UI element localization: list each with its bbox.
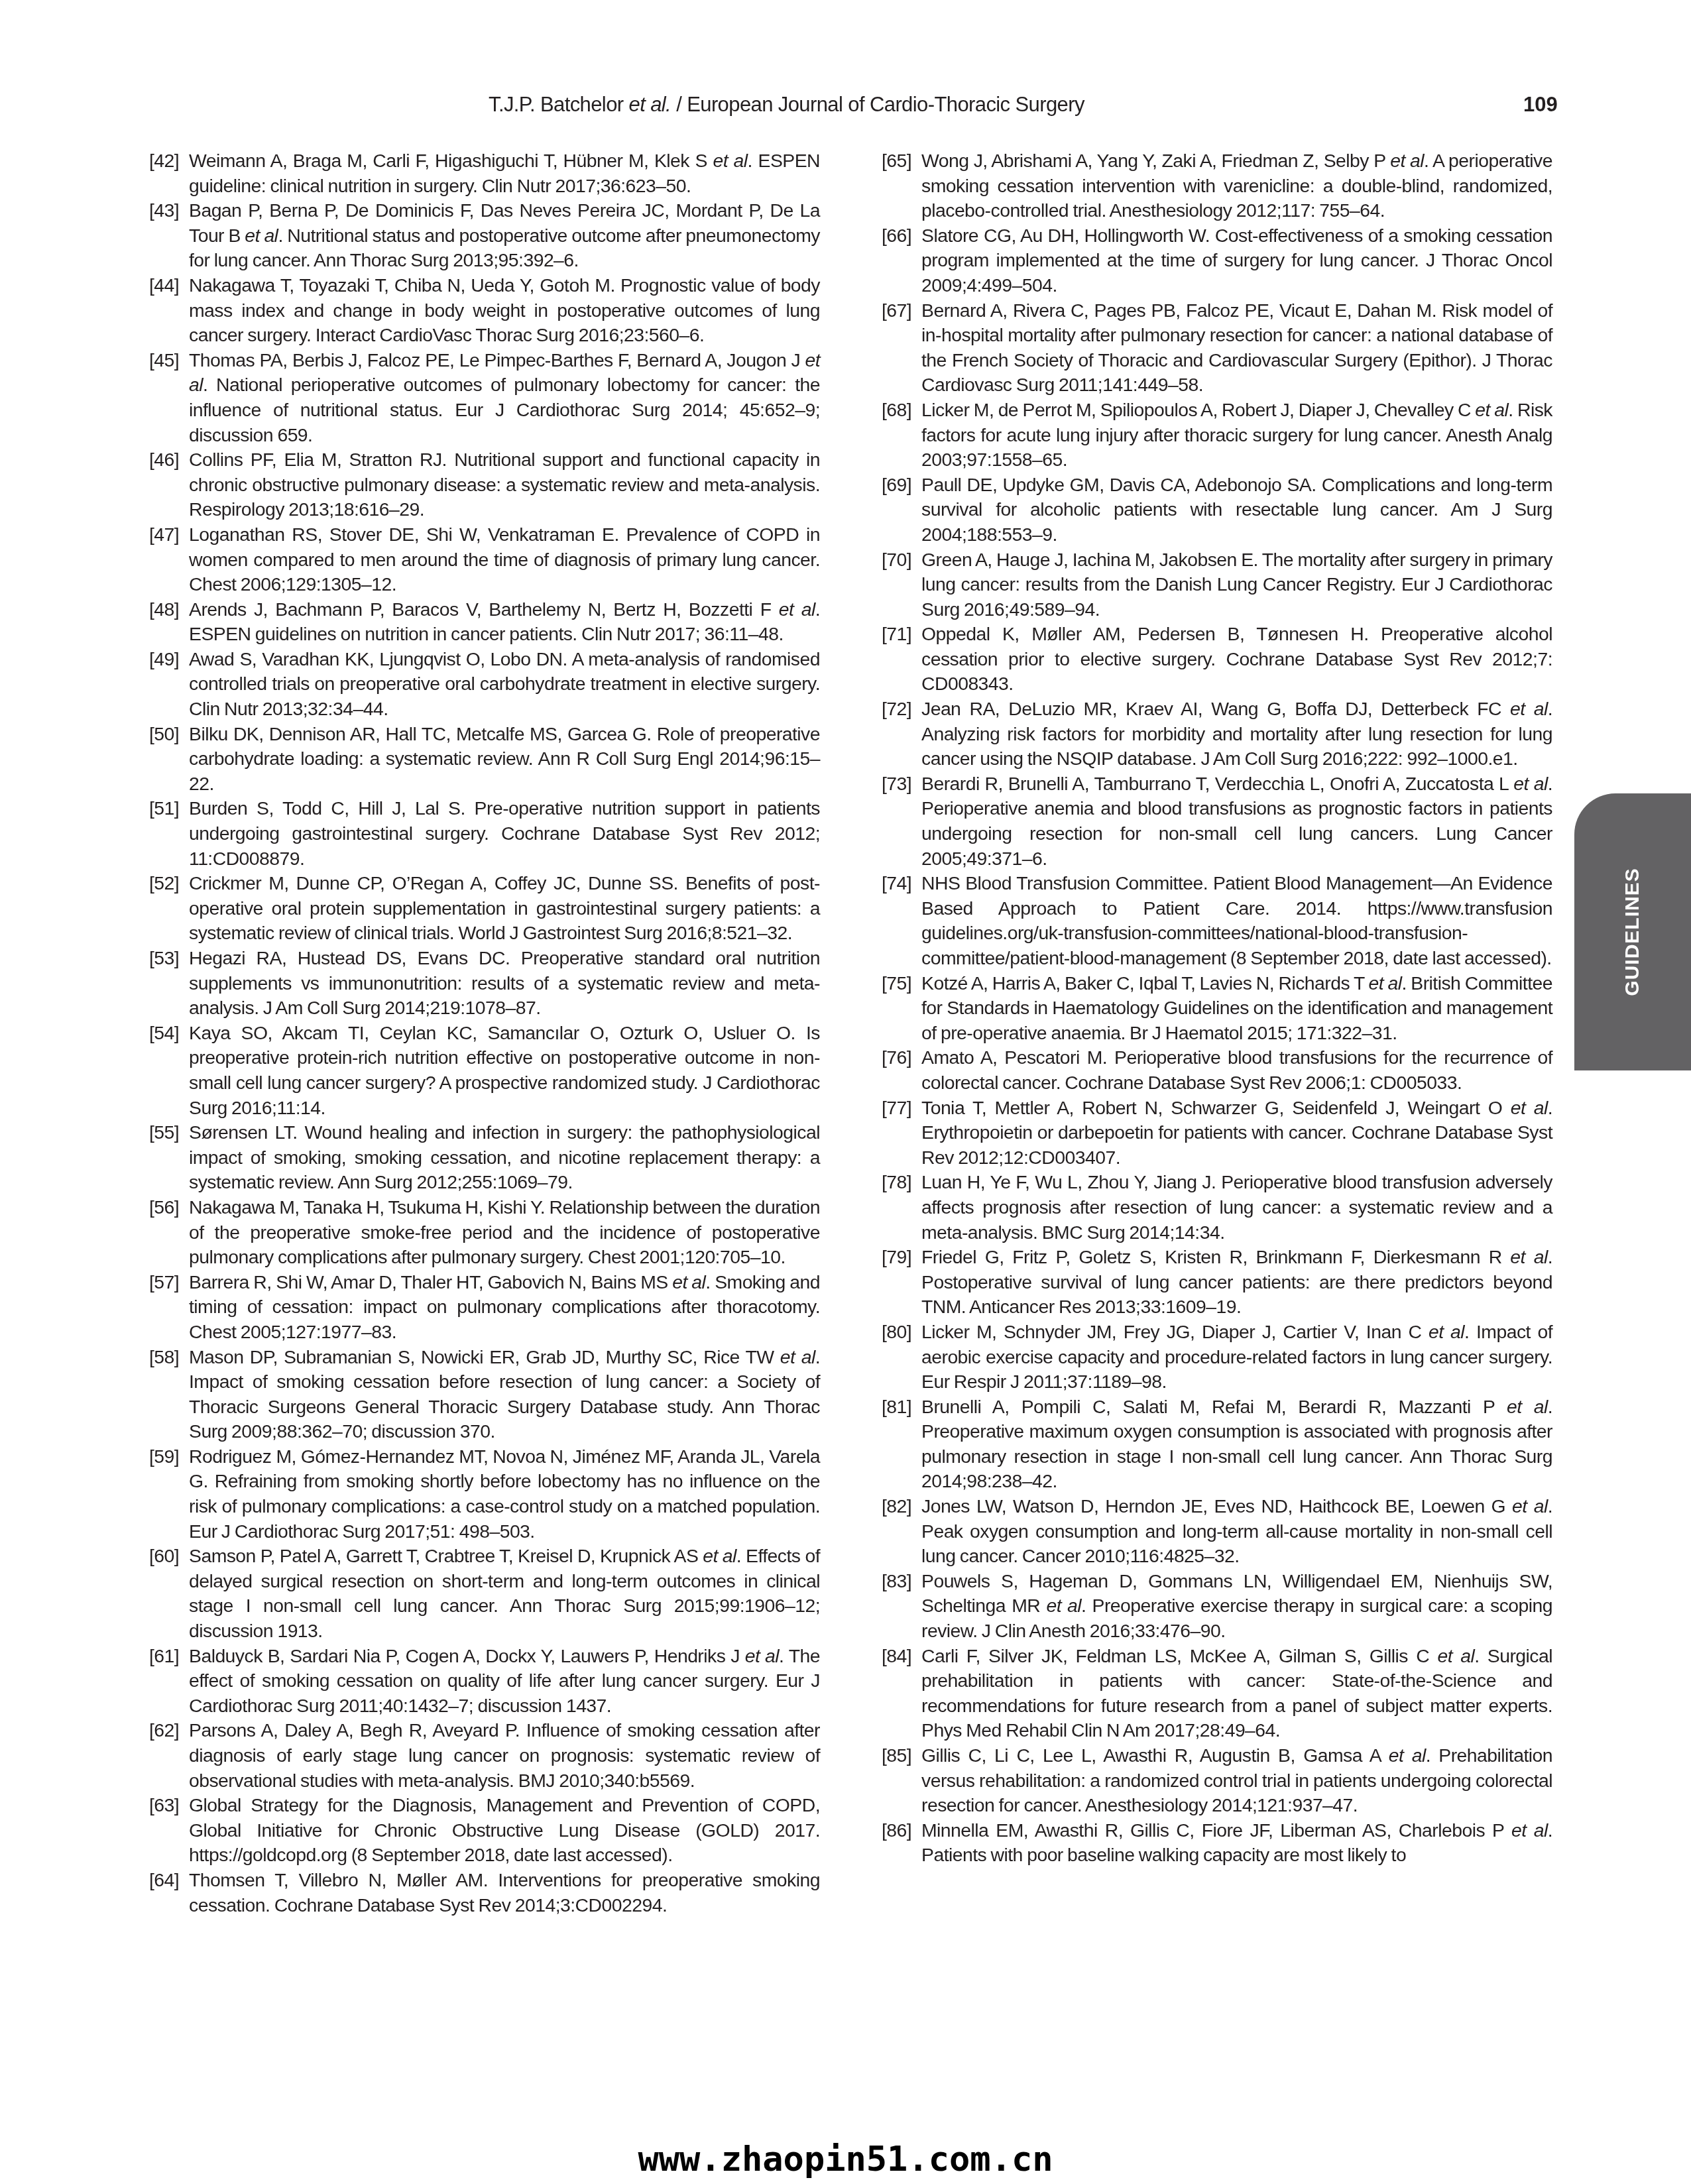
reference-item: [78]Luan H, Ye F, Wu L, Zhou Y, Jiang J.…: [882, 1171, 1552, 1245]
reference-number: [54]: [149, 1021, 179, 1047]
reference-item: [83]Pouwels S, Hageman D, Gommans LN, Wi…: [882, 1570, 1552, 1644]
reference-citation: Thomas PA, Berbis J, Falcoz PE, Le Pimpe…: [189, 350, 805, 371]
reference-item: [44]Nakagawa T, Toyazaki T, Chiba N, Ued…: [149, 274, 820, 349]
reference-citation: Carli F, Silver JK, Feldman LS, McKee A,…: [921, 1646, 1437, 1667]
reference-item: [80]Licker M, Schnyder JM, Frey JG, Diap…: [882, 1320, 1552, 1395]
reference-item: [62]Parsons A, Daley A, Begh R, Aveyard …: [149, 1719, 820, 1794]
reference-item: [77]Tonia T, Mettler A, Robert N, Schwar…: [882, 1096, 1552, 1171]
reference-item: [66]Slatore CG, Au DH, Hollingworth W. C…: [882, 224, 1552, 299]
reference-citation: Amato A, Pescatori M. Perioperative bloo…: [921, 1047, 1552, 1094]
reference-text: Sørensen LT. Wound healing and infection…: [189, 1122, 820, 1193]
reference-text: Green A, Hauge J, Iachina M, Jakobsen E.…: [921, 549, 1552, 620]
reference-text: Kaya SO, Akcam TI, Ceylan KC, Samancılar…: [189, 1023, 820, 1119]
reference-item: [84]Carli F, Silver JK, Feldman LS, McKe…: [882, 1644, 1552, 1744]
reference-item: [81]Brunelli A, Pompili C, Salati M, Ref…: [882, 1395, 1552, 1495]
reference-text: Carli F, Silver JK, Feldman LS, McKee A,…: [921, 1646, 1552, 1742]
reference-citation: Loganathan RS, Stover DE, Shi W, Venkatr…: [189, 524, 820, 595]
reference-citation: Barrera R, Shi W, Amar D, Thaler HT, Gab…: [189, 1272, 672, 1293]
reference-item: [70]Green A, Hauge J, Iachina M, Jakobse…: [882, 548, 1552, 623]
reference-number: [58]: [149, 1346, 179, 1371]
reference-number: [69]: [882, 473, 911, 498]
reference-text: Bagan P, Berna P, De Dominicis F, Das Ne…: [189, 200, 820, 271]
running-title-journal: / European Journal of Cardio-Thoracic Su…: [671, 93, 1084, 116]
section-side-tab-label: GUIDELINES: [1621, 868, 1644, 996]
reference-number: [43]: [149, 199, 179, 224]
reference-number: [46]: [149, 448, 179, 473]
reference-text: Nakagawa M, Tanaka H, Tsukuma H, Kishi Y…: [189, 1197, 820, 1268]
reference-text: NHS Blood Transfusion Committee. Patient…: [921, 873, 1552, 969]
reference-text: Weimann A, Braga M, Carli F, Higashiguch…: [189, 150, 820, 197]
running-head: T.J.P. Batchelor et al. / European Journ…: [0, 93, 1691, 126]
reference-number: [62]: [149, 1719, 179, 1744]
reference-citation: Burden S, Todd C, Hill J, Lal S. Pre-ope…: [189, 798, 820, 869]
reference-citation: Hegazi RA, Hustead DS, Evans DC. Preoper…: [189, 948, 820, 1019]
reference-citation: Slatore CG, Au DH, Hollingworth W. Cost-…: [921, 225, 1552, 296]
reference-citation: Minnella EM, Awasthi R, Gillis C, Fiore …: [921, 1820, 1511, 1841]
reference-number: [55]: [149, 1121, 179, 1146]
reference-citation: Berardi R, Brunelli A, Tamburrano T, Ver…: [921, 774, 1513, 795]
reference-number: [59]: [149, 1445, 179, 1470]
reference-text: Parsons A, Daley A, Begh R, Aveyard P. I…: [189, 1720, 820, 1791]
reference-number: [53]: [149, 947, 179, 972]
reference-text: Hegazi RA, Hustead DS, Evans DC. Preoper…: [189, 948, 820, 1019]
reference-number: [85]: [882, 1744, 911, 1769]
reference-text: Gillis C, Li C, Lee L, Awasthi R, August…: [921, 1745, 1552, 1816]
reference-citation: Paull DE, Updyke GM, Davis CA, Adebonojo…: [921, 475, 1552, 546]
reference-et-al: et al: [1390, 150, 1424, 172]
reference-et-al: et al: [745, 1646, 779, 1667]
reference-text: Bernard A, Rivera C, Pages PB, Falcoz PE…: [921, 300, 1552, 396]
reference-et-al: et al: [1510, 699, 1548, 720]
reference-citation: Licker M, Schnyder JM, Frey JG, Diaper J…: [921, 1322, 1429, 1343]
reference-number: [66]: [882, 224, 911, 249]
reference-et-al: et al: [1512, 1496, 1548, 1517]
reference-citation: Mason DP, Subramanian S, Nowicki ER, Gra…: [189, 1347, 780, 1368]
reference-et-al: et al: [1369, 973, 1402, 994]
reference-number: [84]: [882, 1644, 911, 1670]
reference-text: Jones LW, Watson D, Herndon JE, Eves ND,…: [921, 1496, 1552, 1567]
reference-et-al: et al: [1511, 1098, 1548, 1119]
reference-number: [64]: [149, 1868, 179, 1894]
reference-number: [44]: [149, 274, 179, 299]
reference-citation: Balduyck B, Sardari Nia P, Cogen A, Dock…: [189, 1646, 745, 1667]
reference-text: Brunelli A, Pompili C, Salati M, Refai M…: [921, 1397, 1552, 1493]
reference-item: [63]Global Strategy for the Diagnosis, M…: [149, 1794, 820, 1868]
reference-number: [74]: [882, 872, 911, 897]
reference-item: [52]Crickmer M, Dunne CP, O’Regan A, Cof…: [149, 872, 820, 947]
reference-item: [51]Burden S, Todd C, Hill J, Lal S. Pre…: [149, 797, 820, 872]
reference-item: [43]Bagan P, Berna P, De Dominicis F, Da…: [149, 199, 820, 274]
reference-text: Pouwels S, Hageman D, Gommans LN, Willig…: [921, 1571, 1552, 1642]
reference-text: Oppedal K, Møller AM, Pedersen B, Tønnes…: [921, 624, 1552, 695]
reference-citation-rest: . Nutritional status and postoperative o…: [189, 225, 820, 272]
reference-et-al: et al: [1437, 1646, 1474, 1667]
reference-item: [57]Barrera R, Shi W, Amar D, Thaler HT,…: [149, 1271, 820, 1346]
reference-text: Kotzé A, Harris A, Baker C, Iqbal T, Lav…: [921, 973, 1552, 1044]
reference-item: [58]Mason DP, Subramanian S, Nowicki ER,…: [149, 1346, 820, 1445]
reference-text: Tonia T, Mettler A, Robert N, Schwarzer …: [921, 1098, 1552, 1169]
reference-item: [42]Weimann A, Braga M, Carli F, Higashi…: [149, 149, 820, 199]
reference-et-al: et al: [1046, 1595, 1081, 1617]
reference-citation: Sørensen LT. Wound healing and infection…: [189, 1122, 820, 1193]
reference-number: [65]: [882, 149, 911, 174]
reference-item: [64]Thomsen T, Villebro N, Møller AM. In…: [149, 1868, 820, 1918]
reference-text: Amato A, Pescatori M. Perioperative bloo…: [921, 1047, 1552, 1094]
reference-text: Thomsen T, Villebro N, Møller AM. Interv…: [189, 1870, 820, 1916]
reference-text: Crickmer M, Dunne CP, O’Regan A, Coffey …: [189, 873, 820, 944]
reference-number: [47]: [149, 523, 179, 548]
reference-et-al: et al: [1510, 1247, 1547, 1268]
reference-et-al: et al: [1475, 400, 1508, 421]
reference-number: [73]: [882, 772, 911, 797]
reference-et-al: et al: [1429, 1322, 1464, 1343]
reference-number: [49]: [149, 648, 179, 673]
reference-item: [86]Minnella EM, Awasthi R, Gillis C, Fi…: [882, 1819, 1552, 1868]
reference-text: Balduyck B, Sardari Nia P, Cogen A, Dock…: [189, 1646, 820, 1717]
reference-et-al: et al: [672, 1272, 705, 1293]
reference-item: [73]Berardi R, Brunelli A, Tamburrano T,…: [882, 772, 1552, 872]
reference-text: Thomas PA, Berbis J, Falcoz PE, Le Pimpe…: [189, 350, 820, 446]
reference-item: [61]Balduyck B, Sardari Nia P, Cogen A, …: [149, 1644, 820, 1719]
reference-text: Loganathan RS, Stover DE, Shi W, Venkatr…: [189, 524, 820, 595]
reference-citation: Luan H, Ye F, Wu L, Zhou Y, Jiang J. Per…: [921, 1172, 1552, 1243]
reference-item: [45]Thomas PA, Berbis J, Falcoz PE, Le P…: [149, 349, 820, 448]
reference-number: [72]: [882, 697, 911, 722]
reference-et-al: et al: [1389, 1745, 1426, 1766]
reference-item: [74]NHS Blood Transfusion Committee. Pat…: [882, 872, 1552, 971]
reference-number: [80]: [882, 1320, 911, 1346]
reference-citation: Arends J, Bachmann P, Baracos V, Barthel…: [189, 599, 779, 620]
reference-item: [67]Bernard A, Rivera C, Pages PB, Falco…: [882, 299, 1552, 398]
running-title: T.J.P. Batchelor et al. / European Journ…: [489, 93, 1084, 117]
reference-citation: NHS Blood Transfusion Committee. Patient…: [921, 873, 1552, 969]
reference-citation: Jones LW, Watson D, Herndon JE, Eves ND,…: [921, 1496, 1512, 1517]
reference-citation: Crickmer M, Dunne CP, O’Regan A, Coffey …: [189, 873, 820, 944]
reference-text: Luan H, Ye F, Wu L, Zhou Y, Jiang J. Per…: [921, 1172, 1552, 1243]
reference-item: [56]Nakagawa M, Tanaka H, Tsukuma H, Kis…: [149, 1196, 820, 1271]
reference-citation: Samson P, Patel A, Garrett T, Crabtree T…: [189, 1546, 703, 1567]
reference-number: [79]: [882, 1245, 911, 1271]
reference-number: [68]: [882, 398, 911, 424]
reference-item: [49]Awad S, Varadhan KK, Ljungqvist O, L…: [149, 648, 820, 722]
reference-item: [71]Oppedal K, Møller AM, Pedersen B, Tø…: [882, 622, 1552, 697]
reference-et-al: et al: [780, 1347, 815, 1368]
reference-citation: Global Strategy for the Diagnosis, Manag…: [189, 1795, 820, 1866]
reference-citation: Collins PF, Elia M, Stratton RJ. Nutriti…: [189, 449, 820, 520]
reference-citation: Tonia T, Mettler A, Robert N, Schwarzer …: [921, 1098, 1511, 1119]
reference-et-al: et al: [1513, 774, 1547, 795]
reference-number: [57]: [149, 1271, 179, 1296]
reference-text: Nakagawa T, Toyazaki T, Chiba N, Ueda Y,…: [189, 275, 820, 346]
reference-text: Berardi R, Brunelli A, Tamburrano T, Ver…: [921, 774, 1552, 870]
reference-number: [78]: [882, 1171, 911, 1196]
reference-text: Friedel G, Fritz P, Goletz S, Kristen R,…: [921, 1247, 1552, 1318]
reference-citation: Awad S, Varadhan KK, Ljungqvist O, Lobo …: [189, 649, 820, 720]
reference-text: Rodriguez M, Gómez-Hernandez MT, Novoa N…: [189, 1446, 820, 1542]
reference-citation: Green A, Hauge J, Iachina M, Jakobsen E.…: [921, 549, 1552, 620]
reference-citation: Kaya SO, Akcam TI, Ceylan KC, Samancılar…: [189, 1023, 820, 1119]
reference-number: [76]: [882, 1046, 911, 1071]
reference-number: [81]: [882, 1395, 911, 1420]
reference-item: [82]Jones LW, Watson D, Herndon JE, Eves…: [882, 1495, 1552, 1570]
reference-text: Licker M, de Perrot M, Spiliopoulos A, R…: [921, 400, 1552, 471]
reference-number: [83]: [882, 1570, 911, 1595]
reference-citation: Thomsen T, Villebro N, Møller AM. Interv…: [189, 1870, 820, 1916]
reference-item: [53]Hegazi RA, Hustead DS, Evans DC. Pre…: [149, 947, 820, 1021]
reference-number: [60]: [149, 1544, 179, 1570]
reference-item: [79]Friedel G, Fritz P, Goletz S, Kriste…: [882, 1245, 1552, 1320]
reference-et-al: et al: [1507, 1397, 1548, 1418]
reference-number: [82]: [882, 1495, 911, 1520]
reference-citation: Gillis C, Li C, Lee L, Awasthi R, August…: [921, 1745, 1389, 1766]
reference-number: [67]: [882, 299, 911, 324]
reference-citation: Bernard A, Rivera C, Pages PB, Falcoz PE…: [921, 300, 1552, 396]
reference-text: Paull DE, Updyke GM, Davis CA, Adebonojo…: [921, 475, 1552, 546]
reference-text: Collins PF, Elia M, Stratton RJ. Nutriti…: [189, 449, 820, 520]
reference-text: Licker M, Schnyder JM, Frey JG, Diaper J…: [921, 1322, 1552, 1393]
reference-et-al: et al: [1511, 1820, 1548, 1841]
reference-citation: Weimann A, Braga M, Carli F, Higashiguch…: [189, 150, 713, 172]
reference-citation: Nakagawa T, Toyazaki T, Chiba N, Ueda Y,…: [189, 275, 820, 346]
reference-item: [75]Kotzé A, Harris A, Baker C, Iqbal T,…: [882, 972, 1552, 1047]
reference-item: [55]Sørensen LT. Wound healing and infec…: [149, 1121, 820, 1196]
references-column-left: [42]Weimann A, Braga M, Carli F, Higashi…: [149, 149, 820, 1918]
reference-number: [71]: [882, 622, 911, 648]
reference-number: [48]: [149, 598, 179, 623]
reference-citation: Licker M, de Perrot M, Spiliopoulos A, R…: [921, 400, 1475, 421]
reference-citation: Kotzé A, Harris A, Baker C, Iqbal T, Lav…: [921, 973, 1369, 994]
reference-text: Minnella EM, Awasthi R, Gillis C, Fiore …: [921, 1820, 1552, 1867]
reference-citation: Wong J, Abrishami A, Yang Y, Zaki A, Fri…: [921, 150, 1390, 172]
reference-text: Jean RA, DeLuzio MR, Kraev AI, Wang G, B…: [921, 699, 1552, 770]
section-side-tab: GUIDELINES: [1574, 793, 1691, 1070]
reference-item: [68]Licker M, de Perrot M, Spiliopoulos …: [882, 398, 1552, 473]
reference-number: [86]: [882, 1819, 911, 1844]
reference-item: [65]Wong J, Abrishami A, Yang Y, Zaki A,…: [882, 149, 1552, 224]
references-column-right: [65]Wong J, Abrishami A, Yang Y, Zaki A,…: [882, 149, 1552, 1868]
reference-citation: Parsons A, Daley A, Begh R, Aveyard P. I…: [189, 1720, 820, 1791]
reference-text: Wong J, Abrishami A, Yang Y, Zaki A, Fri…: [921, 150, 1552, 221]
reference-number: [45]: [149, 349, 179, 374]
reference-number: [61]: [149, 1644, 179, 1670]
reference-item: [85]Gillis C, Li C, Lee L, Awasthi R, Au…: [882, 1744, 1552, 1819]
reference-number: [75]: [882, 972, 911, 997]
reference-number: [70]: [882, 548, 911, 573]
reference-citation: Brunelli A, Pompili C, Salati M, Refai M…: [921, 1397, 1507, 1418]
reference-citation: Rodriguez M, Gómez-Hernandez MT, Novoa N…: [189, 1446, 820, 1542]
reference-text: Arends J, Bachmann P, Baracos V, Barthel…: [189, 599, 820, 646]
reference-citation: Nakagawa M, Tanaka H, Tsukuma H, Kishi Y…: [189, 1197, 820, 1268]
reference-text: Global Strategy for the Diagnosis, Manag…: [189, 1795, 820, 1866]
page-number: 109: [1523, 93, 1558, 117]
reference-citation: Friedel G, Fritz P, Goletz S, Kristen R,…: [921, 1247, 1510, 1268]
reference-et-al: et al: [245, 225, 278, 247]
reference-number: [51]: [149, 797, 179, 822]
reference-et-al: et al: [713, 150, 747, 172]
running-title-et-al: et al.: [629, 93, 671, 116]
reference-citation-rest: . National perioperative outcomes of pul…: [189, 374, 820, 445]
reference-number: [77]: [882, 1096, 911, 1121]
reference-number: [50]: [149, 722, 179, 748]
reference-text: Slatore CG, Au DH, Hollingworth W. Cost-…: [921, 225, 1552, 296]
watermark-url: www.zhaopin51.com.cn: [0, 2140, 1691, 2179]
reference-citation: Bilku DK, Dennison AR, Hall TC, Metcalfe…: [189, 724, 820, 795]
reference-text: Barrera R, Shi W, Amar D, Thaler HT, Gab…: [189, 1272, 820, 1343]
reference-et-al: et al: [779, 599, 815, 620]
running-title-authors: T.J.P. Batchelor: [489, 93, 624, 116]
reference-text: Mason DP, Subramanian S, Nowicki ER, Gra…: [189, 1347, 820, 1443]
reference-number: [52]: [149, 872, 179, 897]
reference-item: [50]Bilku DK, Dennison AR, Hall TC, Metc…: [149, 722, 820, 797]
reference-item: [76]Amato A, Pescatori M. Perioperative …: [882, 1046, 1552, 1096]
reference-text: Awad S, Varadhan KK, Ljungqvist O, Lobo …: [189, 649, 820, 720]
reference-et-al: et al: [703, 1546, 736, 1567]
reference-item: [60]Samson P, Patel A, Garrett T, Crabtr…: [149, 1544, 820, 1644]
reference-text: Samson P, Patel A, Garrett T, Crabtree T…: [189, 1546, 820, 1642]
reference-text: Burden S, Todd C, Hill J, Lal S. Pre-ope…: [189, 798, 820, 869]
reference-item: [54]Kaya SO, Akcam TI, Ceylan KC, Samanc…: [149, 1021, 820, 1121]
reference-citation: Jean RA, DeLuzio MR, Kraev AI, Wang G, B…: [921, 699, 1510, 720]
reference-item: [69]Paull DE, Updyke GM, Davis CA, Adebo…: [882, 473, 1552, 548]
reference-item: [48]Arends J, Bachmann P, Baracos V, Bar…: [149, 598, 820, 648]
reference-item: [46]Collins PF, Elia M, Stratton RJ. Nut…: [149, 448, 820, 523]
reference-number: [56]: [149, 1196, 179, 1221]
reference-item: [47]Loganathan RS, Stover DE, Shi W, Ven…: [149, 523, 820, 598]
reference-item: [59]Rodriguez M, Gómez-Hernandez MT, Nov…: [149, 1445, 820, 1544]
reference-citation: Oppedal K, Møller AM, Pedersen B, Tønnes…: [921, 624, 1552, 695]
reference-number: [63]: [149, 1794, 179, 1819]
reference-item: [72]Jean RA, DeLuzio MR, Kraev AI, Wang …: [882, 697, 1552, 772]
reference-text: Bilku DK, Dennison AR, Hall TC, Metcalfe…: [189, 724, 820, 795]
reference-number: [42]: [149, 149, 179, 174]
